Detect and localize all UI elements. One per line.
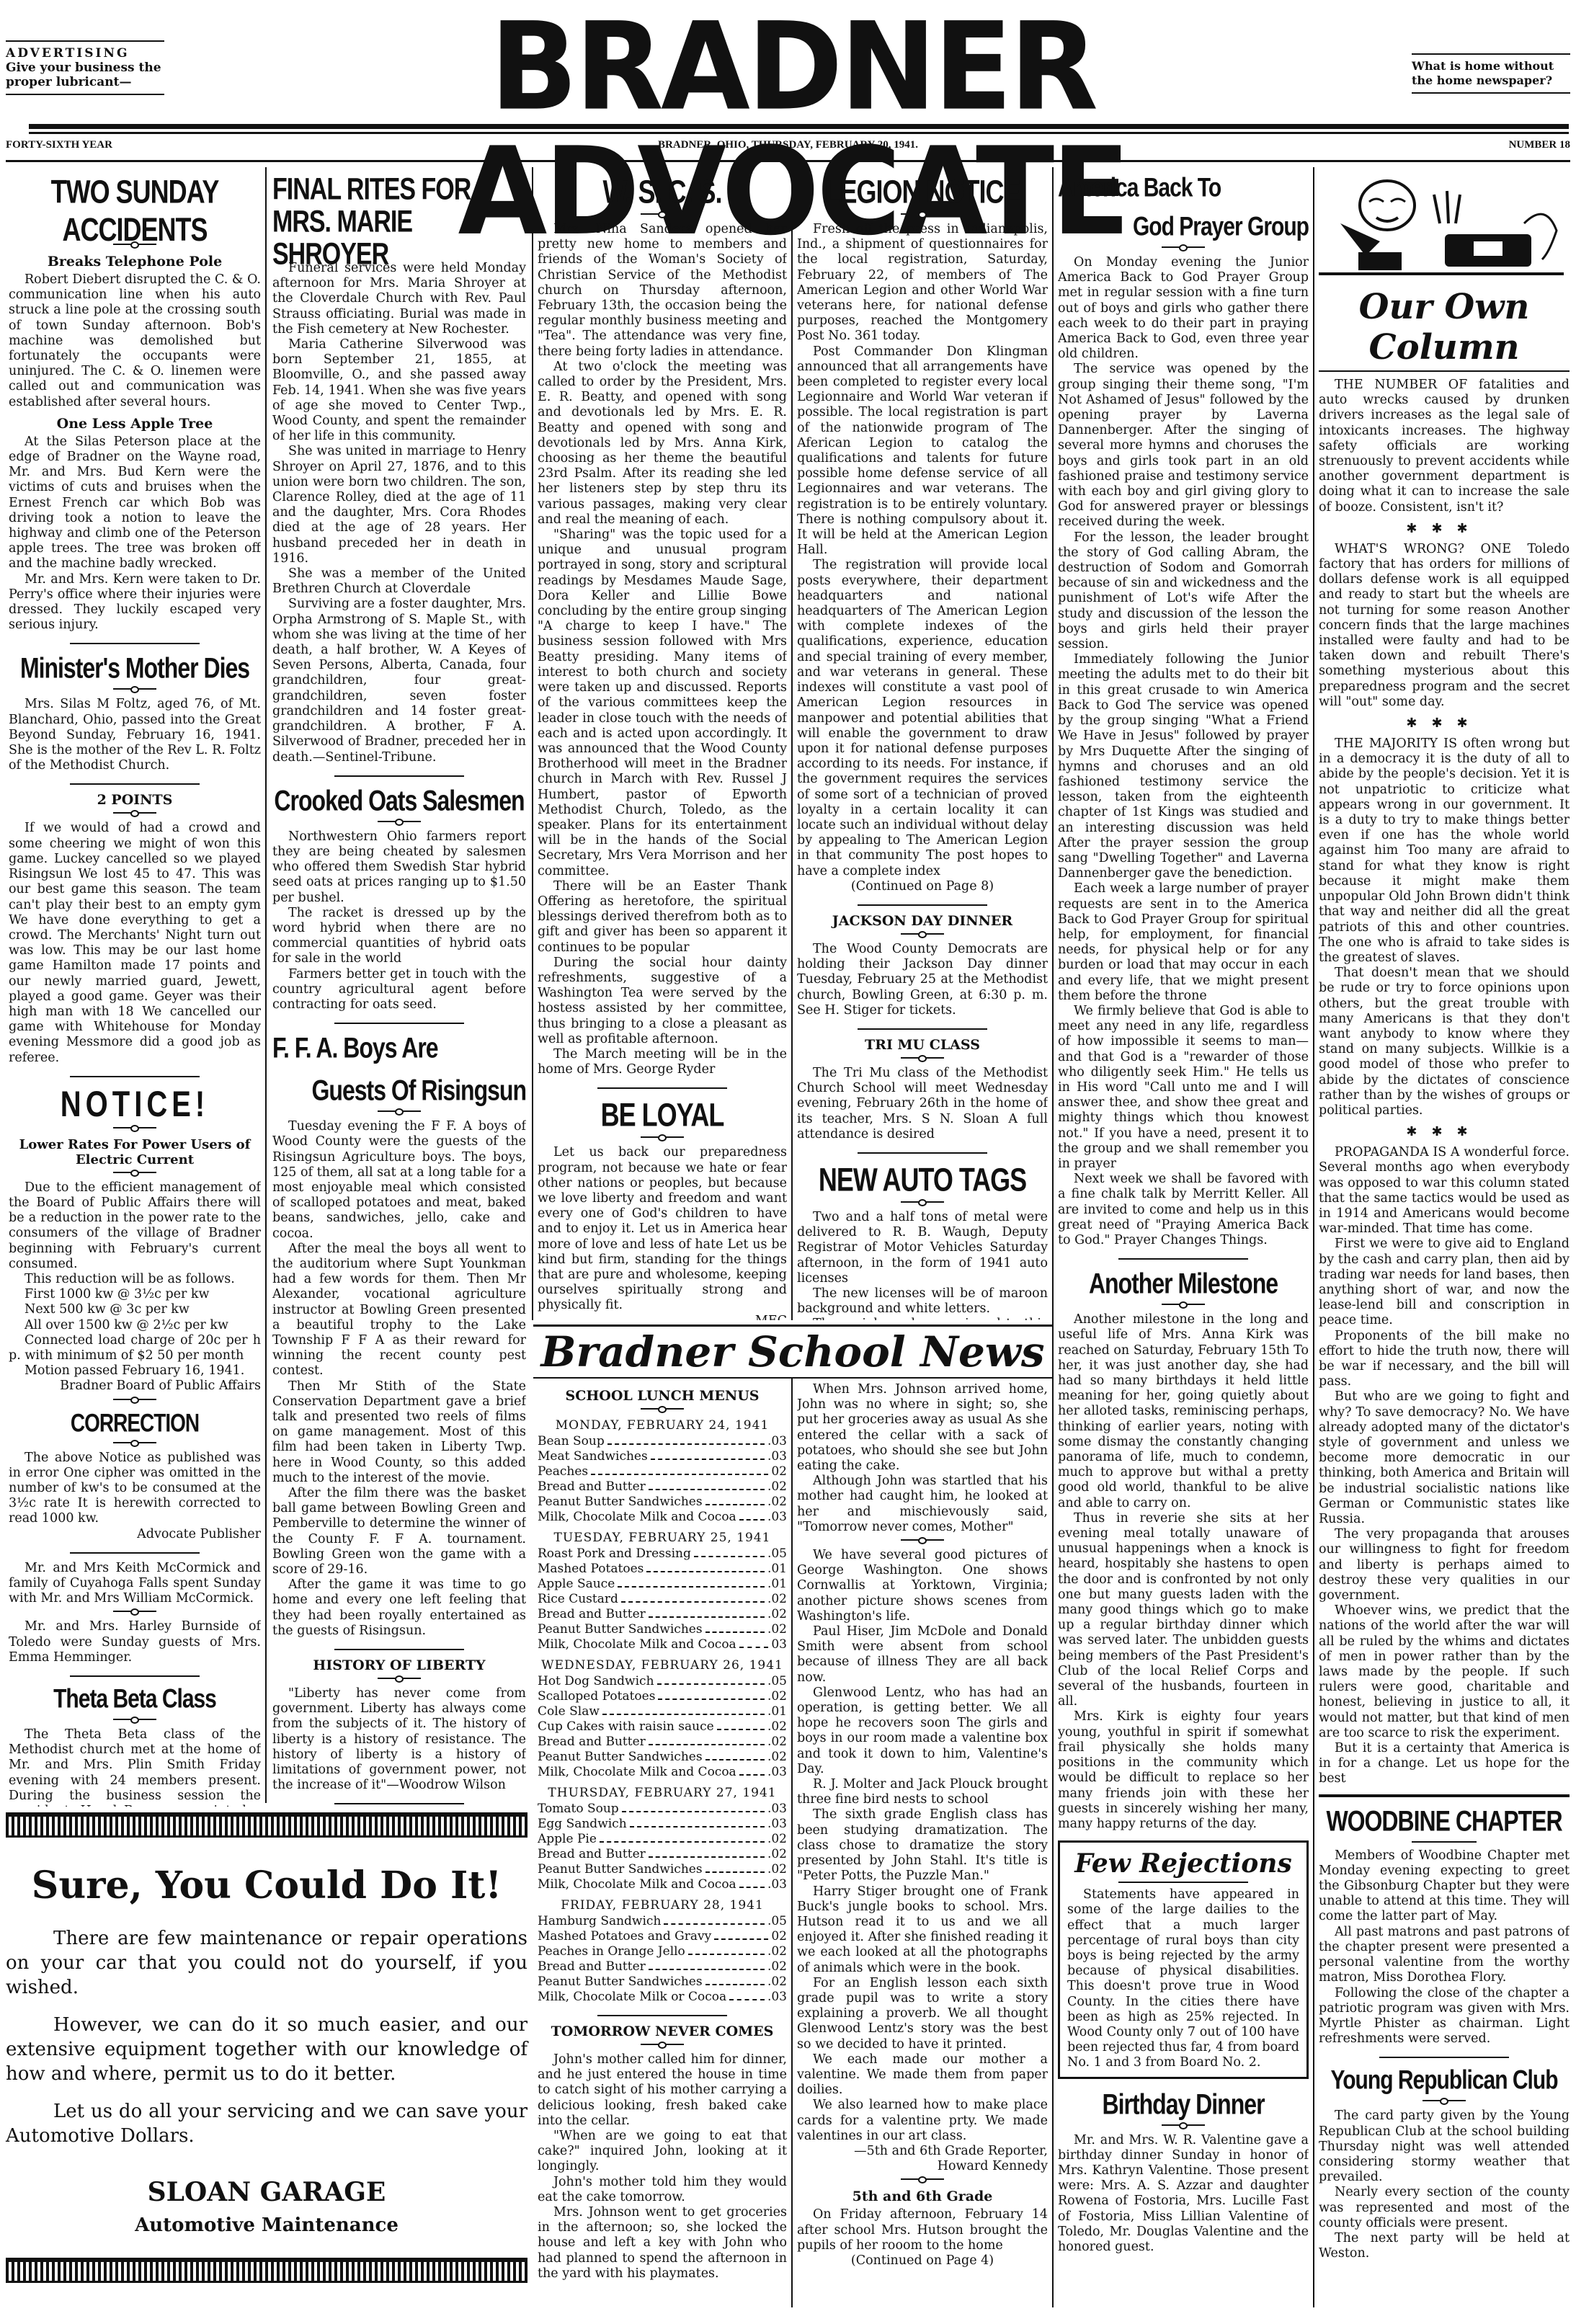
section-divider — [858, 1028, 987, 1030]
article-ministers-mother: Minister's Mother Dies Mrs. Silas M Folt… — [9, 651, 261, 773]
divider — [641, 1136, 684, 1141]
article-theta-beta: Theta Beta Class The Theta Beta class of… — [9, 1684, 261, 1807]
body-text: Another milestone in the long and useful… — [1058, 1312, 1309, 1511]
menu-item: Mashed Potatoes.01 — [538, 1562, 787, 1577]
body-text: The Theta Beta class of the Methodist ch… — [9, 1727, 261, 1807]
menu-item: Cup Cakes with raisin sauce.02 — [538, 1719, 787, 1735]
section-divider — [1379, 2057, 1509, 2058]
column-title: Our Own Column — [1319, 287, 1570, 372]
menu-item: Milk, Chocolate Milk and Cocoa.03 — [538, 1510, 787, 1525]
headline: NOTICE! — [9, 1085, 261, 1125]
ad-border — [6, 1812, 527, 1838]
column-6: Our Own Column THE NUMBER OF fatalities … — [1319, 167, 1570, 2315]
headline: God Prayer Group — [1058, 212, 1309, 243]
menu-item-price: .05 — [767, 1914, 787, 1929]
menu-item: Bread and Butter.02 — [538, 1607, 787, 1622]
leader-dashes — [739, 1510, 765, 1521]
section-divider — [858, 904, 987, 906]
body-text: Northwestern Ohio farmers report they ar… — [272, 829, 526, 906]
article-wscs: W. S. C. S. Mrs. Nina Sanders opened her… — [538, 173, 787, 1077]
section-divider — [1412, 1841, 1477, 1843]
leader-dashes — [664, 1914, 765, 1925]
divider — [1162, 1304, 1205, 1308]
menu-item-name: Cup Cakes with raisin sauce — [538, 1719, 714, 1735]
lunch-menus-title: SCHOOL LUNCH MENUS — [538, 1388, 787, 1404]
body-text: Let us back our preparedness program, no… — [538, 1145, 787, 1313]
menu-item-name: Egg Sandwich — [538, 1817, 627, 1832]
divider — [378, 821, 421, 825]
body-text: Due to the efficient management of the B… — [9, 1180, 261, 1272]
menu-item-name: Bread and Butter — [538, 1479, 646, 1495]
signature: Bradner Board of Public Affairs — [9, 1379, 261, 1394]
leader-dashes — [729, 1990, 765, 2000]
news-item: Glenwood Lentz, who has had an operation… — [797, 1686, 1048, 1777]
body-text: Although John was startled that his moth… — [797, 1474, 1048, 1535]
menu-item-price: .03 — [767, 1449, 787, 1464]
headline: W. S. C. S. — [538, 173, 787, 211]
masthead-rule — [29, 124, 1569, 129]
menu-item: Bean Soup.03 — [538, 1434, 787, 1449]
menu-item-price: .01 — [767, 1704, 787, 1719]
column-rule — [1313, 167, 1314, 2307]
continued-link[interactable]: (Continued on Page 4) — [797, 2253, 1048, 2269]
leader-dashes — [658, 1689, 765, 1700]
body-text: After the game it was time to go home an… — [272, 1577, 526, 1639]
ear-right-line: What is home without — [1412, 59, 1570, 74]
menu-item-price: 02 — [771, 1929, 787, 1944]
menu-item-name: Peaches in Orange Jello — [538, 1944, 685, 1959]
headline: FINAL RITES FOR MRS. MARIE SHROYER — [272, 173, 526, 270]
body-text: This reduction will be as follows. — [9, 1272, 261, 1287]
column-rule — [532, 167, 533, 1320]
divider — [113, 688, 156, 693]
headline: JACKSON DAY DINNER — [797, 913, 1048, 929]
menu-item-name: Peanut Butter Sandwiches — [538, 1622, 703, 1637]
menu-item: Peanut Butter Sandwiches.02 — [538, 1750, 787, 1765]
issue-date: BRADNER, OHIO, THURSDAY, FEBRUARY 20, 19… — [6, 139, 1570, 151]
ad-headline: Sure, You Could Do It! — [6, 1864, 527, 1907]
headline: WOODBINE CHAPTER — [1319, 1804, 1570, 1838]
menu-item-name: Bread and Butter — [538, 1607, 646, 1622]
body-text: There will be an Easter Thank Offering a… — [538, 879, 787, 956]
body-text: The card party given by the Young Republ… — [1319, 2109, 1570, 2185]
menu-item-name: Tomato Soup — [538, 1802, 619, 1817]
body-text: Fresh off the press in Indianapolis, Ind… — [797, 222, 1048, 344]
dateline: FORTY-SIXTH YEAR BRADNER, OHIO, THURSDAY… — [6, 139, 1570, 155]
article-two-sunday-accidents: TWO SUNDAY ACCIDENTS Breaks Telephone Po… — [9, 173, 261, 633]
body-text: On Friday afternoon, February 14 after s… — [797, 2207, 1048, 2253]
section-divider — [70, 1076, 200, 1077]
menu-item: Roast Pork and Dressing.05 — [538, 1546, 787, 1562]
leader-dashes — [649, 1959, 765, 1970]
menu-item: Milk, Chocolate Milk or Cocoa.03 — [538, 1990, 787, 2005]
menu-item-name: Meat Sandwiches — [538, 1449, 648, 1464]
headline: NEW AUTO TAGS — [797, 1161, 1048, 1199]
body-text: The serial numbers assigned to this offi… — [797, 1317, 1048, 1320]
article-tri-mu: TRI MU CLASS The Tri Mu class of the Met… — [797, 1037, 1048, 1142]
menu-item: Apple Sauce.01 — [538, 1577, 787, 1592]
body-text: At the Silas Peterson place at the edge … — [9, 435, 261, 572]
section-divider — [334, 1023, 464, 1024]
menu-item: Bread and Butter.02 — [538, 1735, 787, 1750]
body-text: Mrs. Kirk is eighty four years young, yo… — [1058, 1709, 1309, 1832]
leader-dashes — [705, 1974, 765, 1985]
headline: HISTORY OF LIBERTY — [272, 1657, 526, 1673]
rate-line: Motion passed February 16, 1941. — [9, 1363, 261, 1379]
column-item: Whoever wins, we predict that the nation… — [1319, 1603, 1570, 1741]
body-text: Funeral services were held Monday aftern… — [272, 261, 526, 337]
body-text: All past matrons and past patrons of the… — [1319, 1925, 1570, 1986]
divider — [113, 1611, 156, 1615]
menu-item-price: .05 — [767, 1674, 787, 1689]
advertisement-sloan-garage: Sure, You Could Do It! There are few mai… — [6, 1812, 527, 2310]
news-item: We have several good pictures of George … — [797, 1548, 1048, 1624]
column-rule — [791, 1378, 793, 2307]
news-item: The sixth grade English class has been s… — [797, 1807, 1048, 1884]
subhead: Lower Rates For Power Users of Electric … — [9, 1137, 261, 1167]
menu-item: Bread and Butter.02 — [538, 1959, 787, 1974]
headline: CORRECTION — [9, 1409, 261, 1438]
menu-item: Milk, Chocolate Milk and Cocoa.03 — [538, 1877, 787, 1892]
rate-line: First 1000 kw @ 3½c per kw — [9, 1287, 261, 1302]
divider — [113, 1399, 156, 1403]
divider — [901, 933, 944, 938]
body-text: John's mother called him for dinner, and… — [538, 2052, 787, 2129]
body-text: The service was opened by the group sing… — [1058, 362, 1309, 530]
headline: TRI MU CLASS — [797, 1037, 1048, 1053]
headline: BE LOYAL — [538, 1096, 787, 1134]
column-5: America Back To God Prayer Group On Mond… — [1058, 167, 1309, 2315]
article-birthday-dinner: Birthday Dinner Mr. and Mrs. W. R. Valen… — [1058, 2088, 1309, 2256]
section-divider — [597, 2015, 727, 2016]
rate-line: Connected load charge of 20c per h p. wi… — [9, 1333, 261, 1363]
headline: Minister's Mother Dies — [9, 651, 261, 685]
masthead: ADVERTISING Give your business the prope… — [0, 0, 1576, 166]
menu-item: Peanut Butter Sandwiches.02 — [538, 1974, 787, 1990]
body-text: "Liberty has never come from government.… — [272, 1686, 526, 1793]
body-text: Mr. and Mrs. Kern were taken to Dr. Perr… — [9, 572, 261, 633]
rate-line: Next 500 kw @ 3c per kw — [9, 1302, 261, 1317]
leader-dashes — [646, 1562, 765, 1572]
menu-item-name: Milk, Chocolate Milk and Cocoa — [538, 1877, 736, 1892]
menu-item-price: .02 — [767, 1479, 787, 1495]
body-text: When Mrs. Johnson arrived home, John was… — [797, 1382, 1048, 1474]
leader-dashes — [705, 1495, 765, 1505]
menu-item: Bread and Butter.02 — [538, 1479, 787, 1495]
news-item: Paul Hiser, Jim McDole and Donald Smith … — [797, 1624, 1048, 1686]
menu-item-price: .03 — [767, 1434, 787, 1449]
leader-dashes — [630, 1817, 765, 1827]
ad-tagline: Automotive Maintenance — [6, 2214, 527, 2236]
leader-dashes — [649, 1607, 765, 1618]
leader-dashes — [618, 1577, 765, 1588]
ad-text: Let us do all your servicing and we can … — [6, 2099, 527, 2148]
menu-item-price: .02 — [767, 1944, 787, 1959]
column-item: THE MAJORITY IS often wrong but in a dem… — [1319, 736, 1570, 966]
menu-item: Peanut Butter Sandwiches.02 — [538, 1495, 787, 1510]
menu-day-heading: MONDAY, FEBRUARY 24, 1941 — [538, 1418, 787, 1433]
section-divider — [334, 775, 464, 777]
menu-item-price: .01 — [767, 1577, 787, 1592]
column-3: W. S. C. S. Mrs. Nina Sanders opened her… — [538, 167, 787, 1320]
leader-dashes — [600, 1832, 765, 1843]
menu-item: Meat Sandwiches.03 — [538, 1449, 787, 1464]
leader-dashes — [739, 1637, 769, 1648]
divider — [113, 812, 156, 816]
body-text: Robert Diebert disrupted the C. & O. com… — [9, 272, 261, 410]
ear-left-line: proper lubricant— — [6, 75, 164, 89]
divider — [901, 2178, 944, 2183]
menu-item: Apple Pie.02 — [538, 1832, 787, 1847]
menu-item-price: .02 — [767, 1862, 787, 1877]
menu-item: Hot Dog Sandwich.05 — [538, 1674, 787, 1689]
signature: —MEC — [538, 1314, 787, 1320]
headline: TOMORROW NEVER COMES — [538, 2024, 787, 2039]
menu-item-price: .03 — [767, 1817, 787, 1832]
column-item: First we were to give aid to England by … — [1319, 1237, 1570, 1328]
continued-link[interactable]: (Continued on Page 8) — [797, 879, 1048, 894]
body-text: During the social hour dainty refreshmen… — [538, 956, 787, 1047]
article-few-rejections: Few Rejections Statements have appeared … — [1058, 1840, 1309, 2078]
section-divider — [70, 783, 200, 785]
menu-item-name: Peanut Butter Sandwiches — [538, 1974, 703, 1990]
leader-dashes — [657, 1674, 765, 1685]
menu-item-price: .02 — [767, 1592, 787, 1607]
subhead: Breaks Telephone Pole — [9, 254, 261, 270]
menu-item-price: .02 — [767, 1959, 787, 1974]
menu-item-name: Hamburg Sandwich — [538, 1914, 661, 1929]
subhead: One Less Apple Tree — [9, 416, 261, 432]
body-text: Nearly every section of the county was r… — [1319, 2185, 1570, 2231]
column-item: THE NUMBER OF fatalities and auto wrecks… — [1319, 378, 1570, 515]
menu-item-name: Hot Dog Sandwich — [538, 1674, 654, 1689]
section-divider — [597, 1087, 727, 1089]
divider — [1162, 2124, 1205, 2129]
divider — [641, 213, 684, 218]
news-item: For an English lesson each sixth grade p… — [797, 1976, 1048, 2052]
body-text: Immediately following the Junior meeting… — [1058, 652, 1309, 881]
divider — [113, 1442, 156, 1446]
menu-item-price: 02 — [771, 1464, 787, 1479]
ad-border — [6, 2258, 527, 2283]
leader-dashes — [739, 1765, 765, 1776]
menu-item: Peanut Butter Sandwiches.02 — [538, 1622, 787, 1637]
personal-item: Mr. and Mrs. Harley Burnside of Toledo w… — [9, 1619, 261, 1665]
menu-item-name: Peanut Butter Sandwiches — [538, 1862, 703, 1877]
menu-item: Peaches02 — [538, 1464, 787, 1479]
menu-item: Tomato Soup.03 — [538, 1802, 787, 1817]
body-text: Then Mr Stith of the State Conservation … — [272, 1379, 526, 1486]
menu-day-heading: TUESDAY, FEBRUARY 25, 1941 — [538, 1531, 787, 1545]
column-rule — [1052, 167, 1054, 2307]
body-text: On Monday evening the Junior America Bac… — [1058, 255, 1309, 362]
menu-item-name: Milk, Chocolate Milk and Cocoa — [538, 1637, 736, 1652]
menu-item-price: .02 — [767, 1689, 787, 1704]
article-ffa-boys: F. F. A. Boys Are Guests Of Risingsun Tu… — [272, 1031, 526, 1639]
column-item: But it is a certainty that America is in… — [1319, 1741, 1570, 1787]
menu-item-price: .03 — [767, 1990, 787, 2005]
menu-day-heading: FRIDAY, FEBRUARY 28, 1941 — [538, 1898, 787, 1913]
body-text: The registration will provide local post… — [797, 558, 1048, 878]
menu-item-price: .02 — [767, 1847, 787, 1862]
school-news-column: When Mrs. Johnson arrived home, John was… — [797, 1382, 1048, 2312]
column-item: That doesn't mean that we should be rude… — [1319, 966, 1570, 1118]
article-woodbine-chapter: WOODBINE CHAPTER Members of Woodbine Cha… — [1319, 1804, 1570, 2047]
menu-item: Peanut Butter Sandwiches.02 — [538, 1862, 787, 1877]
news-item: We each made our mother a valentine. We … — [797, 2052, 1048, 2098]
article-tomorrow-never-comes: TOMORROW NEVER COMES John's mother calle… — [538, 2024, 787, 2281]
leader-dashes — [649, 1847, 765, 1858]
leader-dashes — [694, 1546, 765, 1557]
leader-dashes — [714, 1929, 768, 1940]
column-item: PROPAGANDA IS A wonderful force. Several… — [1319, 1145, 1570, 1237]
menu-item-name: Bread and Butter — [538, 1959, 646, 1974]
body-text: She was united in marriage to Henry Shro… — [272, 444, 526, 566]
menu-item-name: Apple Pie — [538, 1832, 597, 1847]
menu-item: Milk, Chocolate Milk and Cocoa03 — [538, 1637, 787, 1652]
menu-item-name: Peanut Butter Sandwiches — [538, 1495, 703, 1510]
reporter-name: Howard Kennedy — [797, 2159, 1048, 2174]
ad-business-name: SLOAN GARAGE — [6, 2177, 527, 2207]
section-divider — [70, 1552, 200, 1554]
body-text: After the film there was the basket ball… — [272, 1486, 526, 1577]
body-text: The racket is dressed up by the word hyb… — [272, 906, 526, 967]
leader-dashes — [622, 1802, 765, 1812]
menu-item-price: .05 — [767, 1546, 787, 1562]
star-divider: ✱✱✱ — [1319, 1124, 1570, 1139]
personal-item: Mr. and Mrs Keith McCormick and family o… — [9, 1561, 261, 1607]
typewriter-cartoon-icon — [1319, 173, 1564, 281]
menu-item-name: Apple Sauce — [538, 1577, 615, 1592]
lunch-menu-list: MONDAY, FEBRUARY 24, 1941Bean Soup.03Mea… — [538, 1418, 787, 2005]
headline: Crooked Oats Salesmen — [272, 784, 526, 817]
leader-dashes — [705, 1622, 765, 1633]
menu-item-name: Milk, Chocolate Milk or Cocoa — [538, 1990, 726, 2005]
body-text: The next party will be held at Weston. — [1319, 2231, 1570, 2261]
divider — [901, 1201, 944, 1206]
body-text: "When are we going to eat that cake?" in… — [538, 2129, 787, 2175]
body-text: Tuesday evening the F F. A boys of Wood … — [272, 1119, 526, 1242]
menu-item-name: Peaches — [538, 1464, 588, 1479]
headline: Theta Beta Class — [9, 1684, 261, 1715]
body-text: The Tri Mu class of the Methodist Church… — [797, 1066, 1048, 1142]
body-text: Next week we shall be favored with a fin… — [1058, 1172, 1309, 1248]
menu-item: Egg Sandwich.03 — [538, 1817, 787, 1832]
menu-item-name: Milk, Chocolate Milk and Cocoa — [538, 1765, 736, 1780]
leader-dashes — [739, 1877, 765, 1888]
column-1: TWO SUNDAY ACCIDENTS Breaks Telephone Po… — [9, 167, 261, 1807]
headline: Young Republican Club — [1319, 2065, 1570, 2096]
body-text: After the meal the boys all went to the … — [272, 1242, 526, 1379]
headline: F. F. A. Boys Are — [272, 1031, 526, 1064]
section-divider — [70, 1675, 200, 1677]
leader-dashes — [688, 1944, 765, 1955]
leader-dashes — [705, 1862, 765, 1873]
star-divider: ✱✱✱ — [1319, 716, 1570, 731]
divider — [901, 1539, 944, 1544]
menu-item-price: .03 — [767, 1877, 787, 1892]
article-jackson-day: JACKSON DAY DINNER The Wood County Democ… — [797, 913, 1048, 1018]
body-text: Thus in reverie she sits at her evening … — [1058, 1511, 1309, 1710]
body-text: The March meeting will be in the home of… — [538, 1047, 787, 1077]
menu-item-name: Bread and Butter — [538, 1847, 646, 1862]
divider — [641, 2044, 684, 2048]
divider — [113, 244, 156, 248]
leader-dashes — [705, 1750, 765, 1760]
masthead-ear-right: What is home without the home newspaper? — [1412, 49, 1570, 98]
section-divider — [1118, 1258, 1248, 1260]
divider — [901, 1057, 944, 1061]
menu-item-name: Milk, Chocolate Milk and Cocoa — [538, 1510, 736, 1525]
section-divider — [334, 1649, 464, 1650]
body-text: Mrs. Silas M Foltz, aged 76, of Mt. Blan… — [9, 697, 261, 773]
body-text: We firmly believe that God is able to me… — [1058, 1004, 1309, 1172]
menu-item-price: .03 — [767, 1802, 787, 1817]
article-young-republican-club: Young Republican Club The card party giv… — [1319, 2065, 1570, 2261]
menu-item: Milk, Chocolate Milk and Cocoa.03 — [538, 1765, 787, 1780]
body-text: "Sharing" was the topic used for a uniqu… — [538, 527, 787, 879]
headline: TWO SUNDAY ACCIDENTS — [9, 173, 261, 249]
menu-item-price: 03 — [771, 1637, 787, 1652]
body-text: Surviving are a foster daughter, Mrs. Or… — [272, 597, 526, 765]
menu-item: Mashed Potatoes and Gravy02 — [538, 1929, 787, 1944]
section-divider — [858, 1152, 987, 1154]
article-be-loyal: BE LOYAL Let us back our preparedness pr… — [538, 1096, 787, 1320]
menu-item-price: .02 — [767, 1622, 787, 1637]
menu-item-price: .03 — [767, 1765, 787, 1780]
menu-item-name: Bean Soup — [538, 1434, 605, 1449]
headline: 2 POINTS — [9, 792, 261, 808]
menu-item: Rice Custard.02 — [538, 1592, 787, 1607]
menu-item-name: Mashed Potatoes — [538, 1562, 644, 1577]
headline: Another Milestone — [1058, 1267, 1309, 1300]
headline: America Back To — [1058, 173, 1309, 204]
body-text: Statements have appeared in some of the … — [1067, 1887, 1299, 2070]
body-text: Mrs. Nina Sanders opened her pretty new … — [538, 222, 787, 360]
divider — [378, 1678, 421, 1682]
leader-dashes — [649, 1479, 765, 1490]
issue-number: NUMBER 18 — [1509, 139, 1570, 151]
divider — [378, 1110, 421, 1115]
body-text: She was a member of the United Brethren … — [272, 566, 526, 597]
column-item: But who are we going to fight and why? T… — [1319, 1389, 1570, 1527]
menu-item-name: Bread and Butter — [538, 1735, 646, 1750]
menu-item: Bread and Butter.02 — [538, 1847, 787, 1862]
leader-dashes — [591, 1464, 768, 1475]
reporter-credit: —5th and 6th Grade Reporter, — [797, 2144, 1048, 2159]
menu-day-heading: WEDNESDAY, FEBRUARY 26, 1941 — [538, 1658, 787, 1673]
article-history-of-liberty: HISTORY OF LIBERTY "Liberty has never co… — [272, 1657, 526, 1793]
body-text: For the lesson, the leader brought the s… — [1058, 530, 1309, 653]
body-text: If we would of had a crowd and some chee… — [9, 821, 261, 1065]
article-crooked-oats: Crooked Oats Salesmen Northwestern Ohio … — [272, 784, 526, 1012]
news-item: We also learned how to make place cards … — [797, 2098, 1048, 2144]
divider — [113, 1172, 156, 1176]
column-rule — [265, 167, 267, 1803]
menu-item-price: .02 — [767, 1607, 787, 1622]
school-lunch-column: SCHOOL LUNCH MENUS MONDAY, FEBRUARY 24, … — [538, 1382, 787, 2312]
article-2-points: 2 POINTS If we would of had a crowd and … — [9, 792, 261, 1065]
body-text: The Wood County Democrats are holding th… — [797, 942, 1048, 1018]
ear-left-title: ADVERTISING — [6, 46, 164, 61]
leader-dashes — [621, 1592, 765, 1603]
article-america-back-to-god: America Back To God Prayer Group On Mond… — [1058, 173, 1309, 1248]
subhead: 5th and 6th Grade — [797, 2189, 1048, 2204]
menu-item-name: Roast Pork and Dressing — [538, 1546, 691, 1562]
menu-item-price: .02 — [767, 1735, 787, 1750]
body-text: Mrs. Johnson went to get groceries in th… — [538, 2205, 787, 2281]
body-text: Mr. and Mrs. W. R. Valentine gave a birt… — [1058, 2133, 1309, 2256]
